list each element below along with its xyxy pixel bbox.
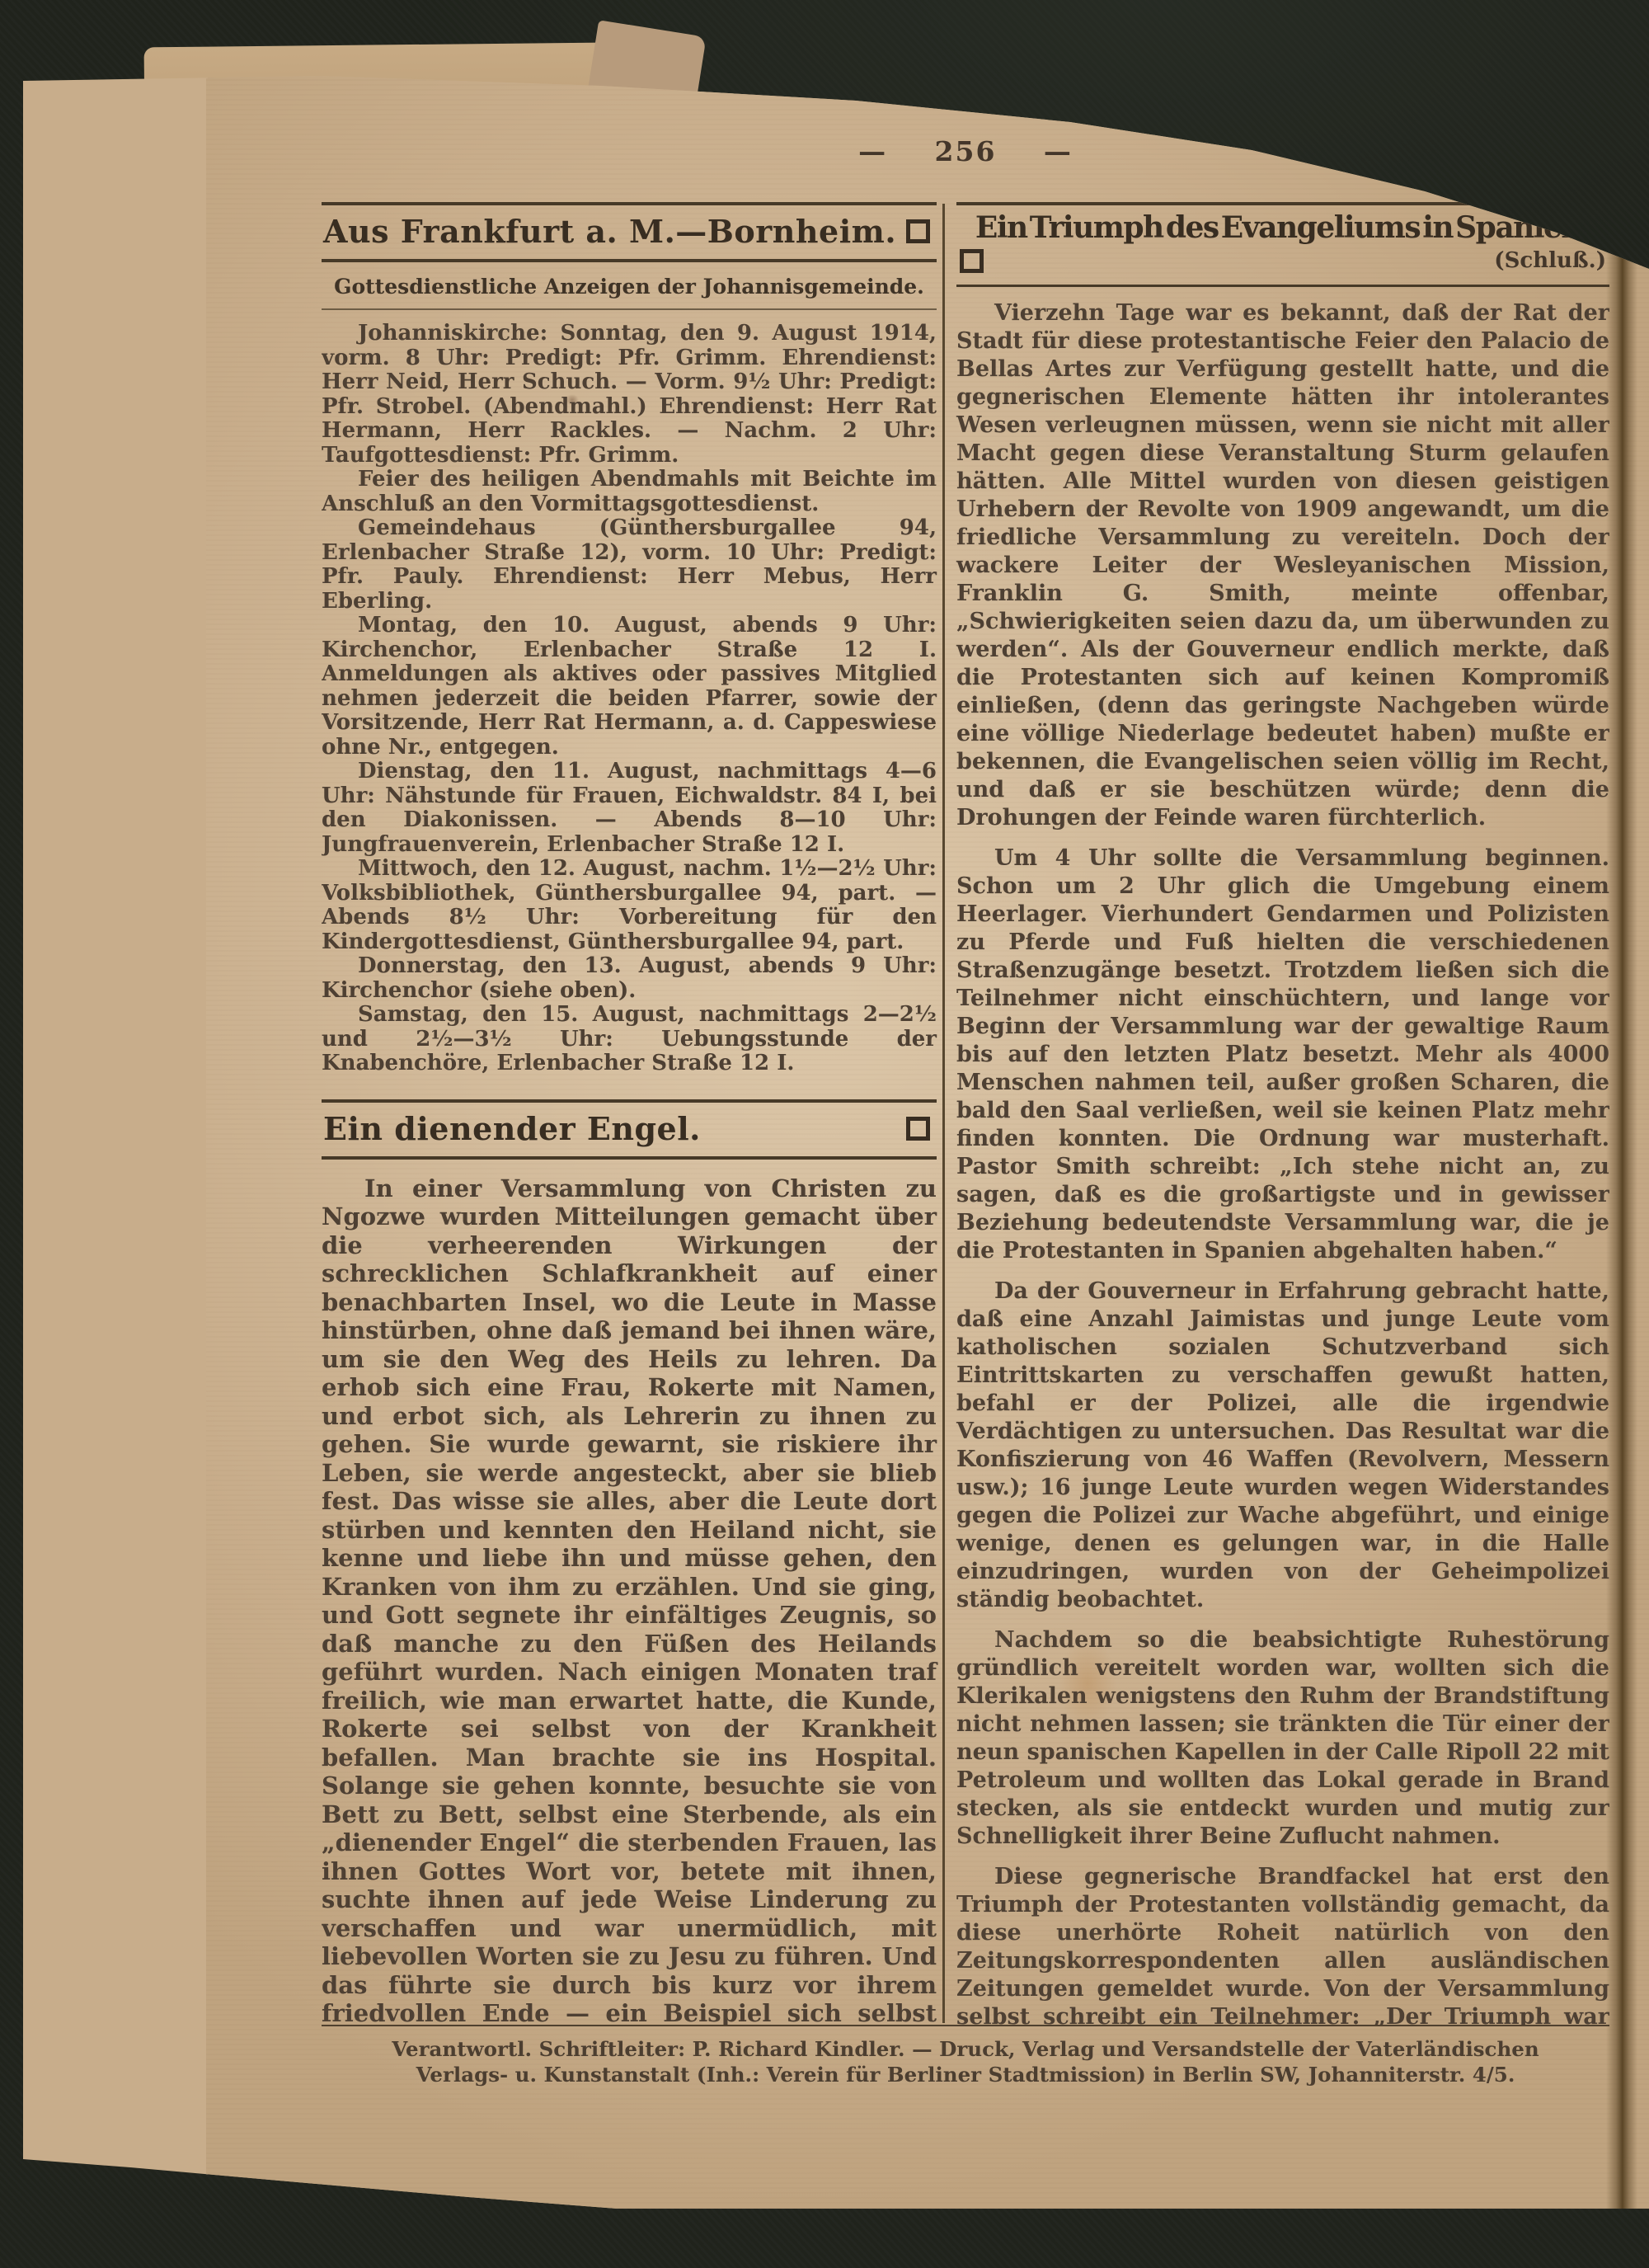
article-engel-body: In einer Versammlung von Christen zu Ngo… bbox=[322, 1174, 937, 2026]
page-stack-fore-edge bbox=[23, 71, 208, 2209]
service-announcements: Johanniskirche: Sonntag, den 9. August 1… bbox=[322, 322, 937, 1076]
paragraph: Um 4 Uhr sollte die Versammlung beginnen… bbox=[956, 845, 1609, 1265]
article-spanien-subnote-row: (Schluß.) bbox=[958, 245, 1608, 280]
open-square-icon bbox=[960, 249, 984, 273]
paragraph: Dienstag, den 11. August, nachmittags 4—… bbox=[322, 760, 937, 857]
printed-page-content: — 256 — Aus Frankfurt a. M.—Bornheim. Go… bbox=[322, 135, 1609, 2087]
imprint-line: Verantwortl. Schriftleiter: P. Richard K… bbox=[322, 2036, 1609, 2062]
column-divider-rule bbox=[942, 204, 945, 2023]
open-square-icon bbox=[906, 219, 930, 243]
paragraph: Mittwoch, den 12. August, nachm. 1½—2½ U… bbox=[322, 857, 937, 954]
paragraph: Nachdem so die beabsichtigte Ruhestörung… bbox=[956, 1626, 1609, 1851]
article-spanien-subnote: (Schluß.) bbox=[1494, 248, 1606, 273]
article-engel-headline: Ein dienender Engel. bbox=[323, 1110, 701, 1147]
imprint-footer: Verantwortl. Schriftleiter: P. Richard K… bbox=[322, 2025, 1609, 2087]
paragraph: Vierzehn Tage war es bekannt, daß der Ra… bbox=[956, 299, 1609, 832]
book-page: — 256 — Aus Frankfurt a. M.—Bornheim. Go… bbox=[23, 71, 1649, 2209]
article-spanien-body: Vierzehn Tage war es bekannt, daß der Ra… bbox=[956, 299, 1609, 2025]
paragraph: Montag, den 10. August, abends 9 Uhr: Ki… bbox=[322, 614, 937, 760]
article-frankfurt-headline: Aus Frankfurt a. M.—Bornheim. bbox=[323, 213, 896, 250]
article-spanien-headline-bar: Ein Triumph des Evangeliums in Spanien. … bbox=[956, 202, 1609, 287]
paragraph: Johanniskirche: Sonntag, den 9. August 1… bbox=[322, 322, 937, 468]
two-column-layout: Aus Frankfurt a. M.—Bornheim. Gottesdien… bbox=[322, 202, 1609, 2025]
paragraph: Feier des heiligen Abendmahls mit Beicht… bbox=[322, 468, 937, 516]
imprint-line: Verlags- u. Kunstanstalt (Inh.: Verein f… bbox=[322, 2062, 1609, 2087]
article-frankfurt-headline-bar: Aus Frankfurt a. M.—Bornheim. bbox=[322, 202, 937, 262]
article-frankfurt-subheading: Gottesdienstliche Anzeigen der Johannisg… bbox=[322, 262, 937, 310]
paragraph: Gemeindehaus (Günthersburgallee 94, Erle… bbox=[322, 516, 937, 614]
article-engel-headline-bar: Ein dienender Engel. bbox=[322, 1099, 937, 1160]
open-square-icon bbox=[906, 1117, 930, 1141]
left-column: Aus Frankfurt a. M.—Bornheim. Gottesdien… bbox=[322, 202, 937, 2025]
paragraph: In einer Versammlung von Christen zu Ngo… bbox=[322, 1174, 937, 2026]
paragraph: Samstag, den 15. August, nachmittags 2—2… bbox=[322, 1003, 937, 1076]
page-number: — 256 — bbox=[322, 135, 1609, 167]
right-column: Ein Triumph des Evangeliums in Spanien. … bbox=[956, 202, 1609, 2025]
paragraph: Diese gegnerische Brandfackel hat erst d… bbox=[956, 1863, 1609, 2025]
book-photo-background: — 256 — Aus Frankfurt a. M.—Bornheim. Go… bbox=[0, 0, 1649, 2268]
paragraph: Donnerstag, den 13. August, abends 9 Uhr… bbox=[322, 954, 937, 1003]
binding-gutter-shadow bbox=[1606, 170, 1637, 2209]
article-spanien-headline: Ein Triumph des Evangeliums in Spanien. bbox=[958, 210, 1608, 245]
paragraph: Da der Gouverneur in Erfahrung gebracht … bbox=[956, 1278, 1609, 1614]
